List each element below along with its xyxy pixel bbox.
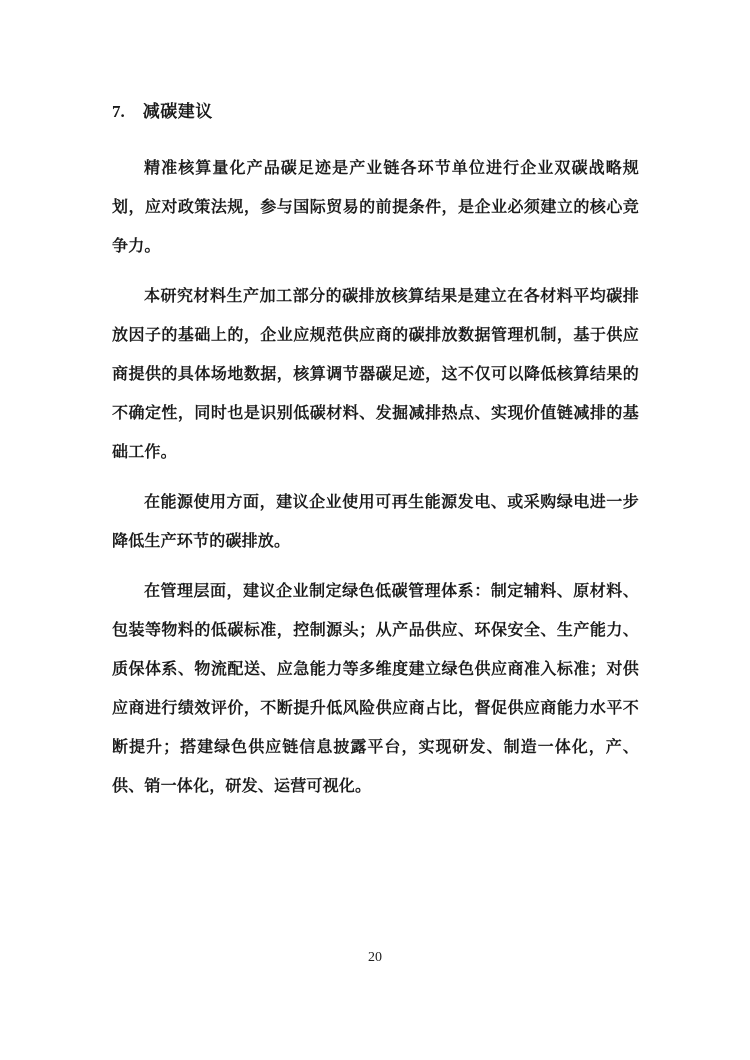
page-content: 7. 减碳建议 精准核算量化产品碳足迹是产业链各环节单位进行企业双碳战略规划，应…: [112, 102, 639, 817]
paragraph: 在能源使用方面，建议企业使用可再生能源发电、或采购绿电进一步降低生产环节的碳排放…: [112, 483, 639, 561]
section-number: 7.: [112, 102, 125, 122]
section-title: 减碳建议: [143, 102, 213, 122]
paragraph: 精准核算量化产品碳足迹是产业链各环节单位进行企业双碳战略规划，应对政策法规，参与…: [112, 149, 639, 266]
section-heading: 7. 减碳建议: [112, 102, 639, 122]
page-number: 20: [0, 950, 750, 966]
paragraph: 在管理层面，建议企业制定绿色低碳管理体系：制定辅料、原材料、包装等物料的低碳标准…: [112, 572, 639, 806]
document-page: 7. 减碳建议 精准核算量化产品碳足迹是产业链各环节单位进行企业双碳战略规划，应…: [0, 0, 750, 1060]
paragraph: 本研究材料生产加工部分的碳排放核算结果是建立在各材料平均碳排放因子的基础上的，企…: [112, 277, 639, 472]
